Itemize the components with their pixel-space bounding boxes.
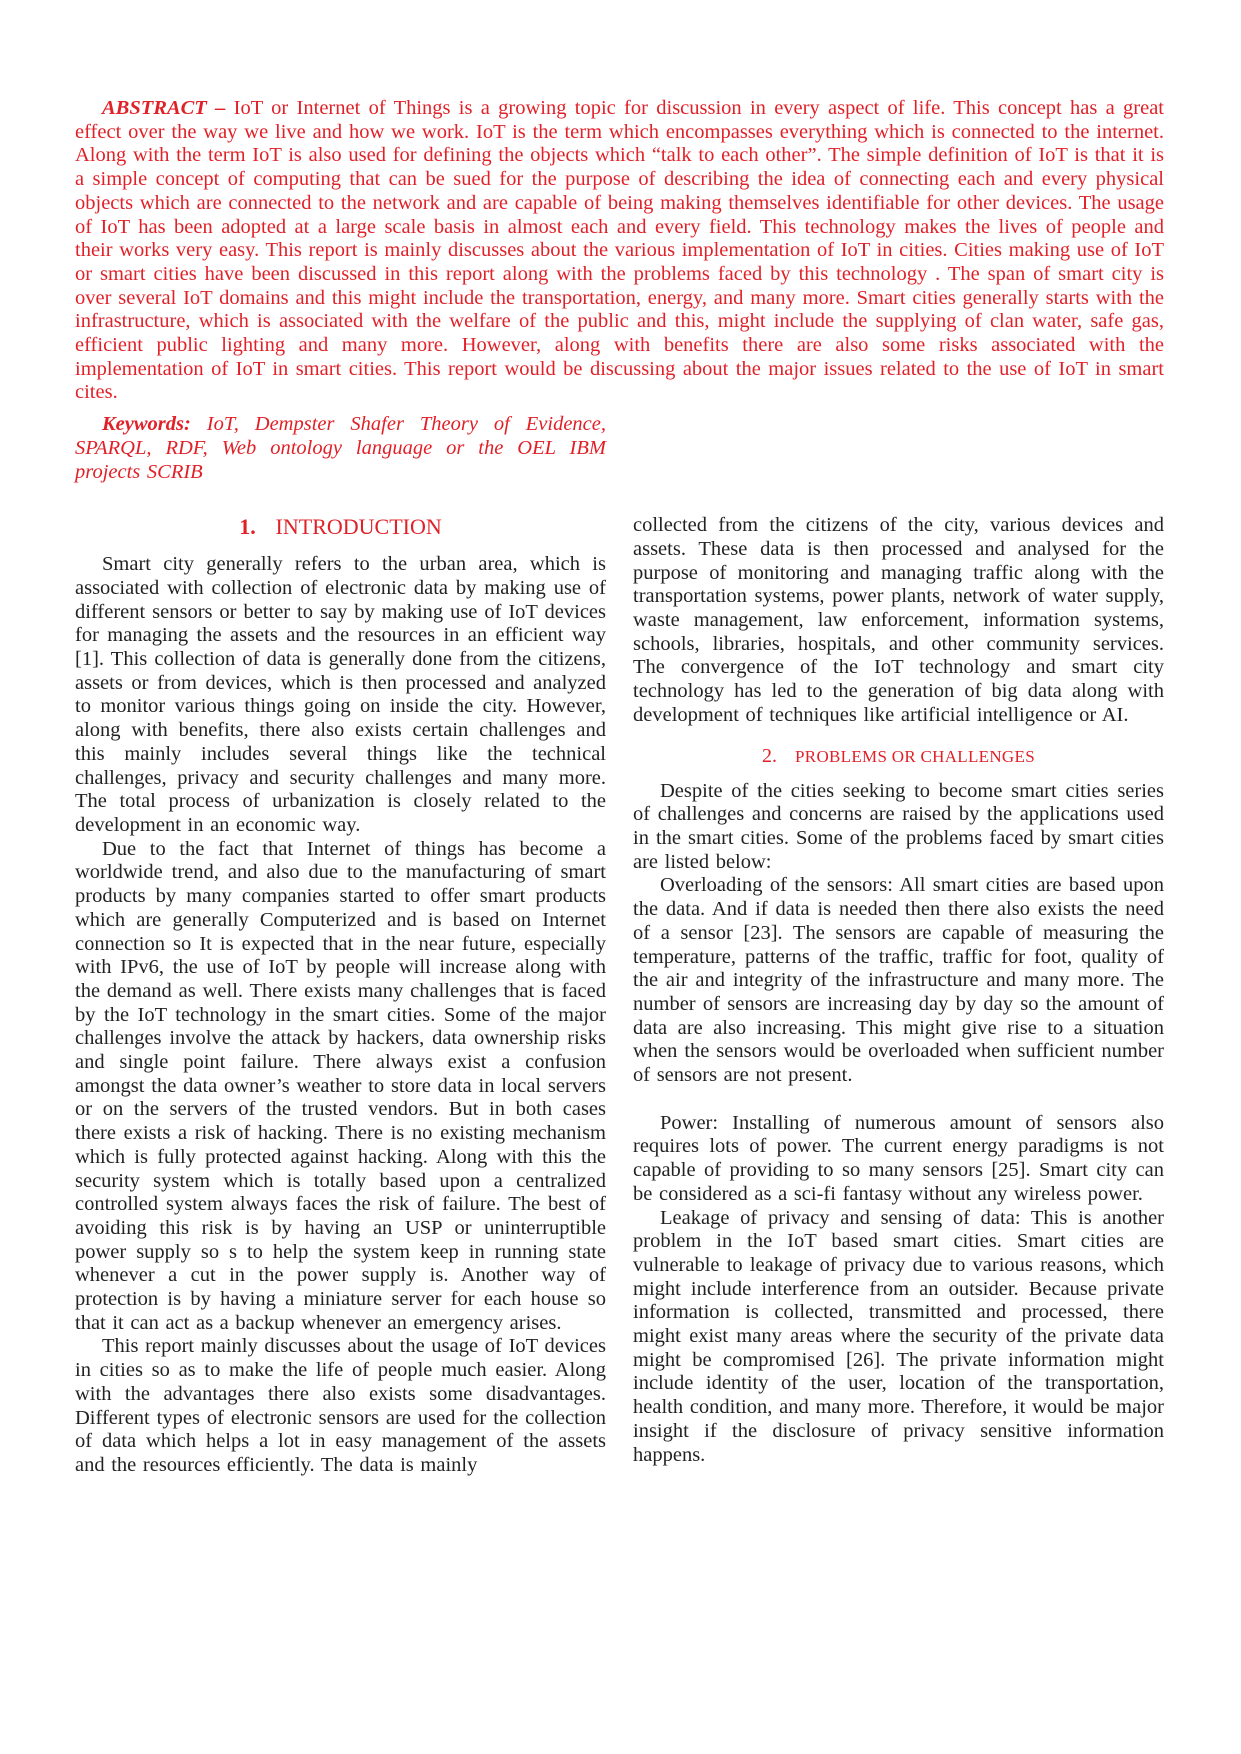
two-column-body: 1.INTRODUCTION Smart city generally refe… [75, 514, 1164, 1477]
section-1-continuation-paragraph: collected from the citizens of the city,… [633, 514, 1164, 727]
section-1-title: INTRODUCTION [276, 514, 442, 539]
keywords-paragraph: Keywords: IoT, Dempster Shafer Theory of… [75, 413, 606, 484]
paper-page: ABSTRACT – IoT or Internet of Things is … [0, 0, 1241, 1754]
section-1-heading: 1.INTRODUCTION [75, 514, 606, 540]
section-2-paragraph-4: Leakage of privacy and sensing of data: … [633, 1207, 1164, 1468]
section-2-number: 2. [762, 745, 777, 767]
right-column: collected from the citizens of the city,… [633, 514, 1164, 1477]
section-2-title: PROBLEMS OR CHALLENGES [795, 747, 1035, 766]
keywords-label: Keywords: [102, 413, 191, 435]
abstract-text: IoT or Internet of Things is a growing t… [75, 97, 1164, 403]
section-1-paragraph-1: Smart city generally refers to the urban… [75, 553, 606, 837]
section-1-paragraph-3: This report mainly discusses about the u… [75, 1335, 606, 1477]
section-1-number: 1. [239, 514, 256, 539]
section-1-paragraph-2: Due to the fact that Internet of things … [75, 838, 606, 1336]
abstract-paragraph: ABSTRACT – IoT or Internet of Things is … [75, 97, 1164, 405]
abstract-label: ABSTRACT – [102, 97, 225, 119]
section-2-paragraph-2: Overloading of the sensors: All smart ci… [633, 874, 1164, 1087]
left-column: 1.INTRODUCTION Smart city generally refe… [75, 514, 606, 1477]
section-2-paragraph-1: Despite of the cities seeking to become … [633, 780, 1164, 875]
abstract-section: ABSTRACT – IoT or Internet of Things is … [75, 97, 1164, 484]
section-2-paragraph-3: Power: Installing of numerous amount of … [633, 1112, 1164, 1207]
section-2-heading: 2.PROBLEMS OR CHALLENGES [633, 744, 1164, 769]
